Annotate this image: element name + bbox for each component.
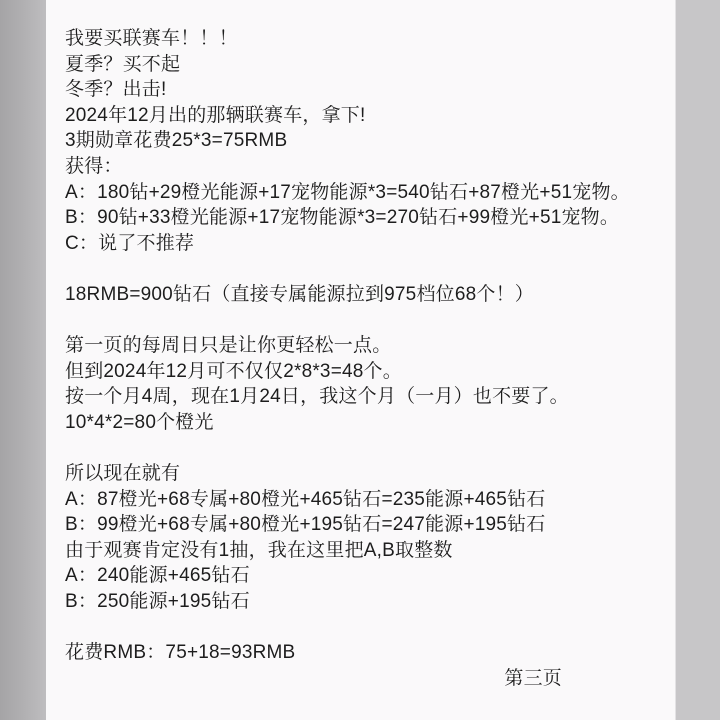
doc-line: 按一个月4周，现在1月24日，我这个月（一月）也不要了。 <box>65 384 665 410</box>
document-canvas: 我要买联赛车！！！ 夏季？买不起 冬季？出击! 2024年12月出的那辆联赛车，… <box>0 0 720 720</box>
doc-blank-line <box>65 615 665 641</box>
doc-line: B：99橙光+68专属+80橙光+195钻石=247能源+195钻石 <box>65 512 665 538</box>
doc-line: 由于观赛肯定没有1抽，我在这里把A,B取整数 <box>65 538 665 564</box>
doc-blank-line <box>65 256 665 282</box>
doc-line: A：180钻+29橙光能源+17宠物能源*3=540钻石+87橙光+51宠物。 <box>65 180 665 206</box>
doc-line: 冬季？出击! <box>65 77 665 103</box>
left-gutter <box>0 0 46 720</box>
doc-line: B：250能源+195钻石 <box>65 589 665 615</box>
doc-line: 夏季？买不起 <box>65 52 665 78</box>
doc-line: 18RMB=900钻石（直接专属能源拉到975档位68个！） <box>65 282 665 308</box>
doc-line: 3期勋章花费25*3=75RMB <box>65 128 665 154</box>
doc-line: 获得： <box>65 154 665 180</box>
doc-line: 但到2024年12月可不仅仅2*8*3=48个。 <box>65 359 665 385</box>
doc-line: 2024年12月出的那辆联赛车，拿下! <box>65 103 665 129</box>
doc-line: A：87橙光+68专属+80橙光+465钻石=235能源+465钻石 <box>65 487 665 513</box>
page-number: 第三页 <box>65 666 665 692</box>
document-page: 我要买联赛车！！！ 夏季？买不起 冬季？出击! 2024年12月出的那辆联赛车，… <box>46 0 676 720</box>
doc-line: A：240能源+465钻石 <box>65 563 665 589</box>
doc-line: 所以现在就有 <box>65 461 665 487</box>
right-gutter <box>676 0 720 720</box>
doc-line: 10*4*2=80个橙光 <box>65 410 665 436</box>
doc-line: 第一页的每周日只是让你更轻松一点。 <box>65 333 665 359</box>
doc-line: C：说了不推荐 <box>65 231 665 257</box>
doc-line: 花费RMB：75+18=93RMB <box>65 640 665 666</box>
doc-blank-line <box>65 436 665 462</box>
doc-blank-line <box>65 308 665 334</box>
doc-line: 我要买联赛车！！！ <box>65 26 665 52</box>
doc-line: B：90钻+33橙光能源+17宠物能源*3=270钻石+99橙光+51宠物。 <box>65 205 665 231</box>
